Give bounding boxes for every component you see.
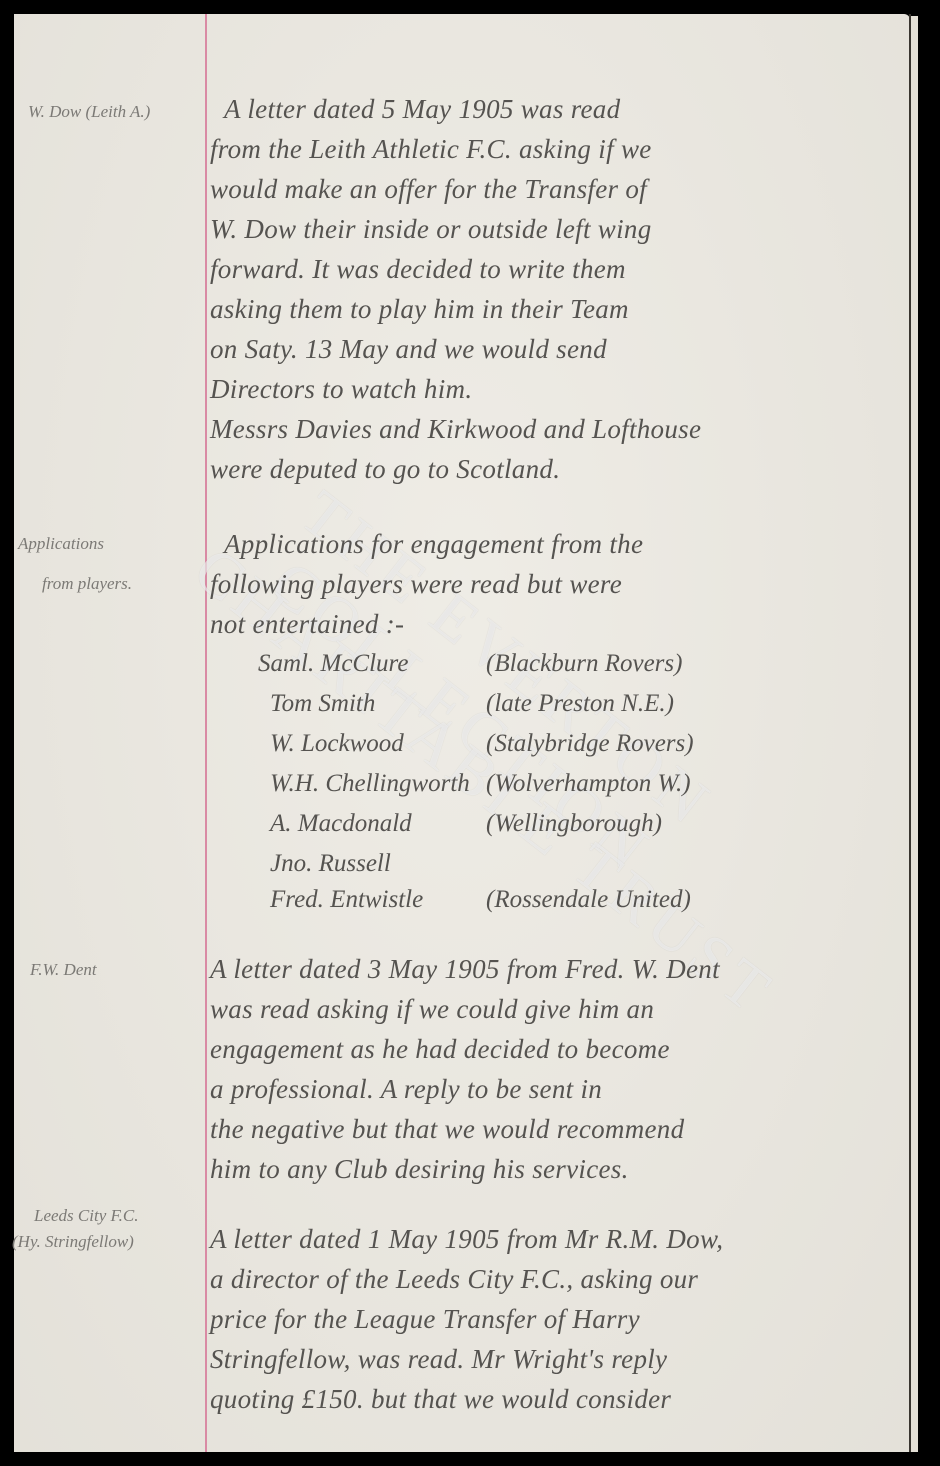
entry-line: forward. It was decided to write them <box>210 254 626 285</box>
entry-line: quoting £150. but that we would consider <box>210 1384 671 1415</box>
player-club: (Wellingborough) <box>486 810 662 838</box>
entry-line: Messrs Davies and Kirkwood and Lofthouse <box>210 414 701 445</box>
entry-line: Stringfellow, was read. Mr Wright's repl… <box>210 1344 667 1375</box>
margin-note: Leeds City F.C. <box>34 1206 139 1226</box>
margin-note: W. Dow (Leith A.) <box>28 102 150 122</box>
player-club: (Rossendale United) <box>486 886 691 914</box>
margin-note: F.W. Dent <box>30 960 97 980</box>
player-club: (Wolverhampton W.) <box>486 770 691 798</box>
player-name: Saml. McClure <box>258 650 408 678</box>
ledger-page: THE EVERTON COLLECTION CHARITABLE TRUST … <box>14 14 910 1452</box>
entry-line: Applications for engagement from the <box>224 529 643 560</box>
adjacent-page-edge <box>910 16 918 1452</box>
entry-line: a director of the Leeds City F.C., askin… <box>210 1264 698 1295</box>
player-club: (late Preston N.E.) <box>486 690 674 718</box>
player-name: W.H. Chellingworth <box>270 770 470 798</box>
player-name: Fred. Entwistle <box>270 886 423 914</box>
entry-line: A letter dated 1 May 1905 from Mr R.M. D… <box>210 1224 723 1255</box>
entry-line: the negative but that we would recommend <box>210 1114 684 1145</box>
player-name: A. Macdonald <box>270 810 412 838</box>
entry-line: were deputed to go to Scotland. <box>210 454 560 485</box>
entry-line: a professional. A reply to be sent in <box>210 1074 602 1105</box>
book-spine-line <box>909 14 911 1452</box>
entry-line: was read asking if we could give him an <box>210 994 654 1025</box>
player-club: (Stalybridge Rovers) <box>486 730 694 758</box>
margin-note: Applications <box>18 534 104 554</box>
red-margin-rule <box>205 14 207 1452</box>
player-club: (Blackburn Rovers) <box>486 650 682 678</box>
margin-note: (Hy. Stringfellow) <box>12 1232 134 1252</box>
entry-line: Directors to watch him. <box>210 374 472 405</box>
entry-line: him to any Club desiring his services. <box>210 1154 629 1185</box>
player-name: W. Lockwood <box>270 730 404 758</box>
entry-line: on Saty. 13 May and we would send <box>210 334 607 365</box>
entry-line: following players were read but were <box>210 569 622 600</box>
entry-line: from the Leith Athletic F.C. asking if w… <box>210 134 652 165</box>
player-name: Jno. Russell <box>270 850 391 878</box>
entry-line: W. Dow their inside or outside left wing <box>210 214 652 245</box>
player-name: Tom Smith <box>270 690 375 718</box>
entry-line: A letter dated 3 May 1905 from Fred. W. … <box>210 954 720 985</box>
entry-line: not entertained :- <box>210 609 404 640</box>
margin-note: from players. <box>42 574 132 594</box>
entry-line: engagement as he had decided to become <box>210 1034 670 1065</box>
entry-line: would make an offer for the Transfer of <box>210 174 647 205</box>
entry-line: price for the League Transfer of Harry <box>210 1304 640 1335</box>
entry-line: asking them to play him in their Team <box>210 294 629 325</box>
entry-line: A letter dated 5 May 1905 was read <box>224 94 620 125</box>
